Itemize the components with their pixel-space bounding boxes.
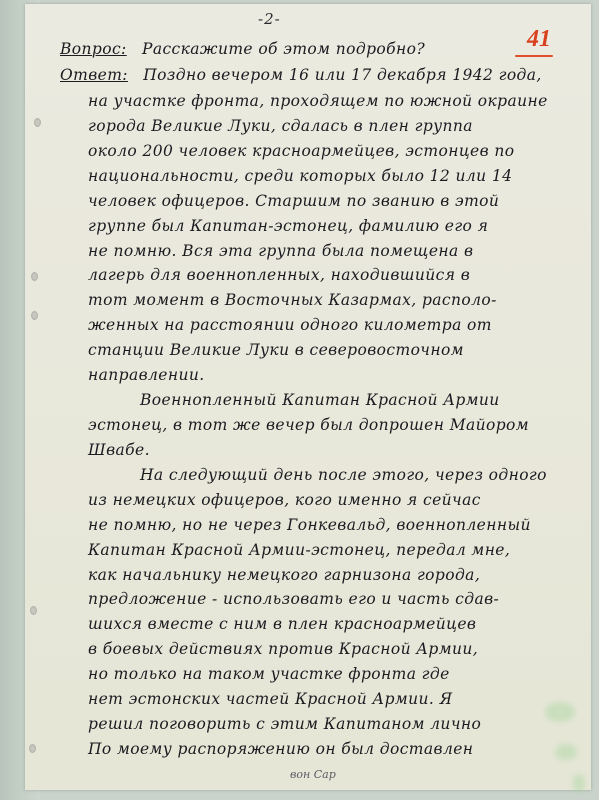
text-line: нет эстонских частей Красной Армии. Я [88, 690, 452, 708]
page-number: -2- [258, 10, 281, 28]
punch-hole [30, 606, 37, 615]
folio-underline [515, 55, 553, 57]
text-line: национальности, среди которых было 12 ил… [88, 167, 512, 185]
answer-label: Ответ: [60, 66, 128, 84]
text-line: как начальнику немецкого гарнизона город… [88, 566, 480, 584]
paragraph-start-line: Военнопленный Капитан Красной Армии [140, 391, 500, 409]
answer-line: Ответ: Поздно вечером 16 или 17 декабря … [60, 66, 542, 84]
punch-hole [29, 744, 36, 753]
text-line: но только на таком участке фронта где [88, 665, 450, 683]
text-line: станции Великие Луки в северовосточном [88, 341, 464, 359]
answer-first-line: Поздно вечером 16 или 17 декабря 1942 го… [143, 66, 542, 84]
stain-mark [573, 774, 585, 792]
stain-mark [545, 702, 575, 722]
punch-hole [34, 118, 41, 127]
text-line: женных на расстоянии одного километра от [88, 316, 492, 334]
text-line: направлении. [88, 366, 205, 384]
question-text: Расскажите об этом подробно? [142, 40, 425, 58]
stain-mark [555, 744, 577, 760]
text-line: предложение - использовать его и часть с… [88, 590, 499, 608]
paragraph-start-line: На следующий день после этого, через одн… [140, 466, 547, 484]
text-line: Капитан Красной Армии-эстонец, передал м… [88, 541, 510, 559]
text-line: группе был Капитан-эстонец, фамилию его … [88, 217, 488, 235]
text-line: тот момент в Восточных Казармах, располо… [88, 291, 497, 309]
question-line: Вопрос: Расскажите об этом подробно? [60, 40, 425, 58]
folio-number: 41 [527, 26, 551, 53]
text-line: из немецких офицеров, кого именно я сейч… [88, 491, 481, 509]
text-line: не помню, но не через Гонкевальд, военно… [88, 516, 531, 534]
archive-note: вон Сар [290, 768, 336, 781]
text-line: не помню. Вся эта группа была помещена в [88, 242, 473, 260]
question-label: Вопрос: [60, 40, 127, 58]
text-line: города Великие Луки, сдалась в плен груп… [88, 117, 473, 135]
punch-hole [31, 311, 38, 320]
text-line: шихся вместе с ним в плен красноармейцев [88, 615, 476, 633]
punch-hole [31, 272, 38, 281]
text-line: около 200 человек красноармейцев, эстонц… [88, 142, 514, 160]
text-line: лагерь для военнопленных, находившийся в [88, 266, 470, 284]
text-line: Швабе. [88, 441, 150, 459]
text-line: человек офицеров. Старшим по званию в эт… [88, 192, 499, 210]
text-line: в боевых действиях против Красной Армии, [88, 640, 478, 658]
text-line: на участке фронта, проходящем по южной о… [88, 92, 548, 110]
text-line: эстонец, в тот же вечер был допрошен Май… [88, 416, 529, 434]
text-line: решил поговорить с этим Капитаном лично [88, 715, 481, 733]
text-line: По моему распоряжению он был доставлен [88, 740, 473, 758]
